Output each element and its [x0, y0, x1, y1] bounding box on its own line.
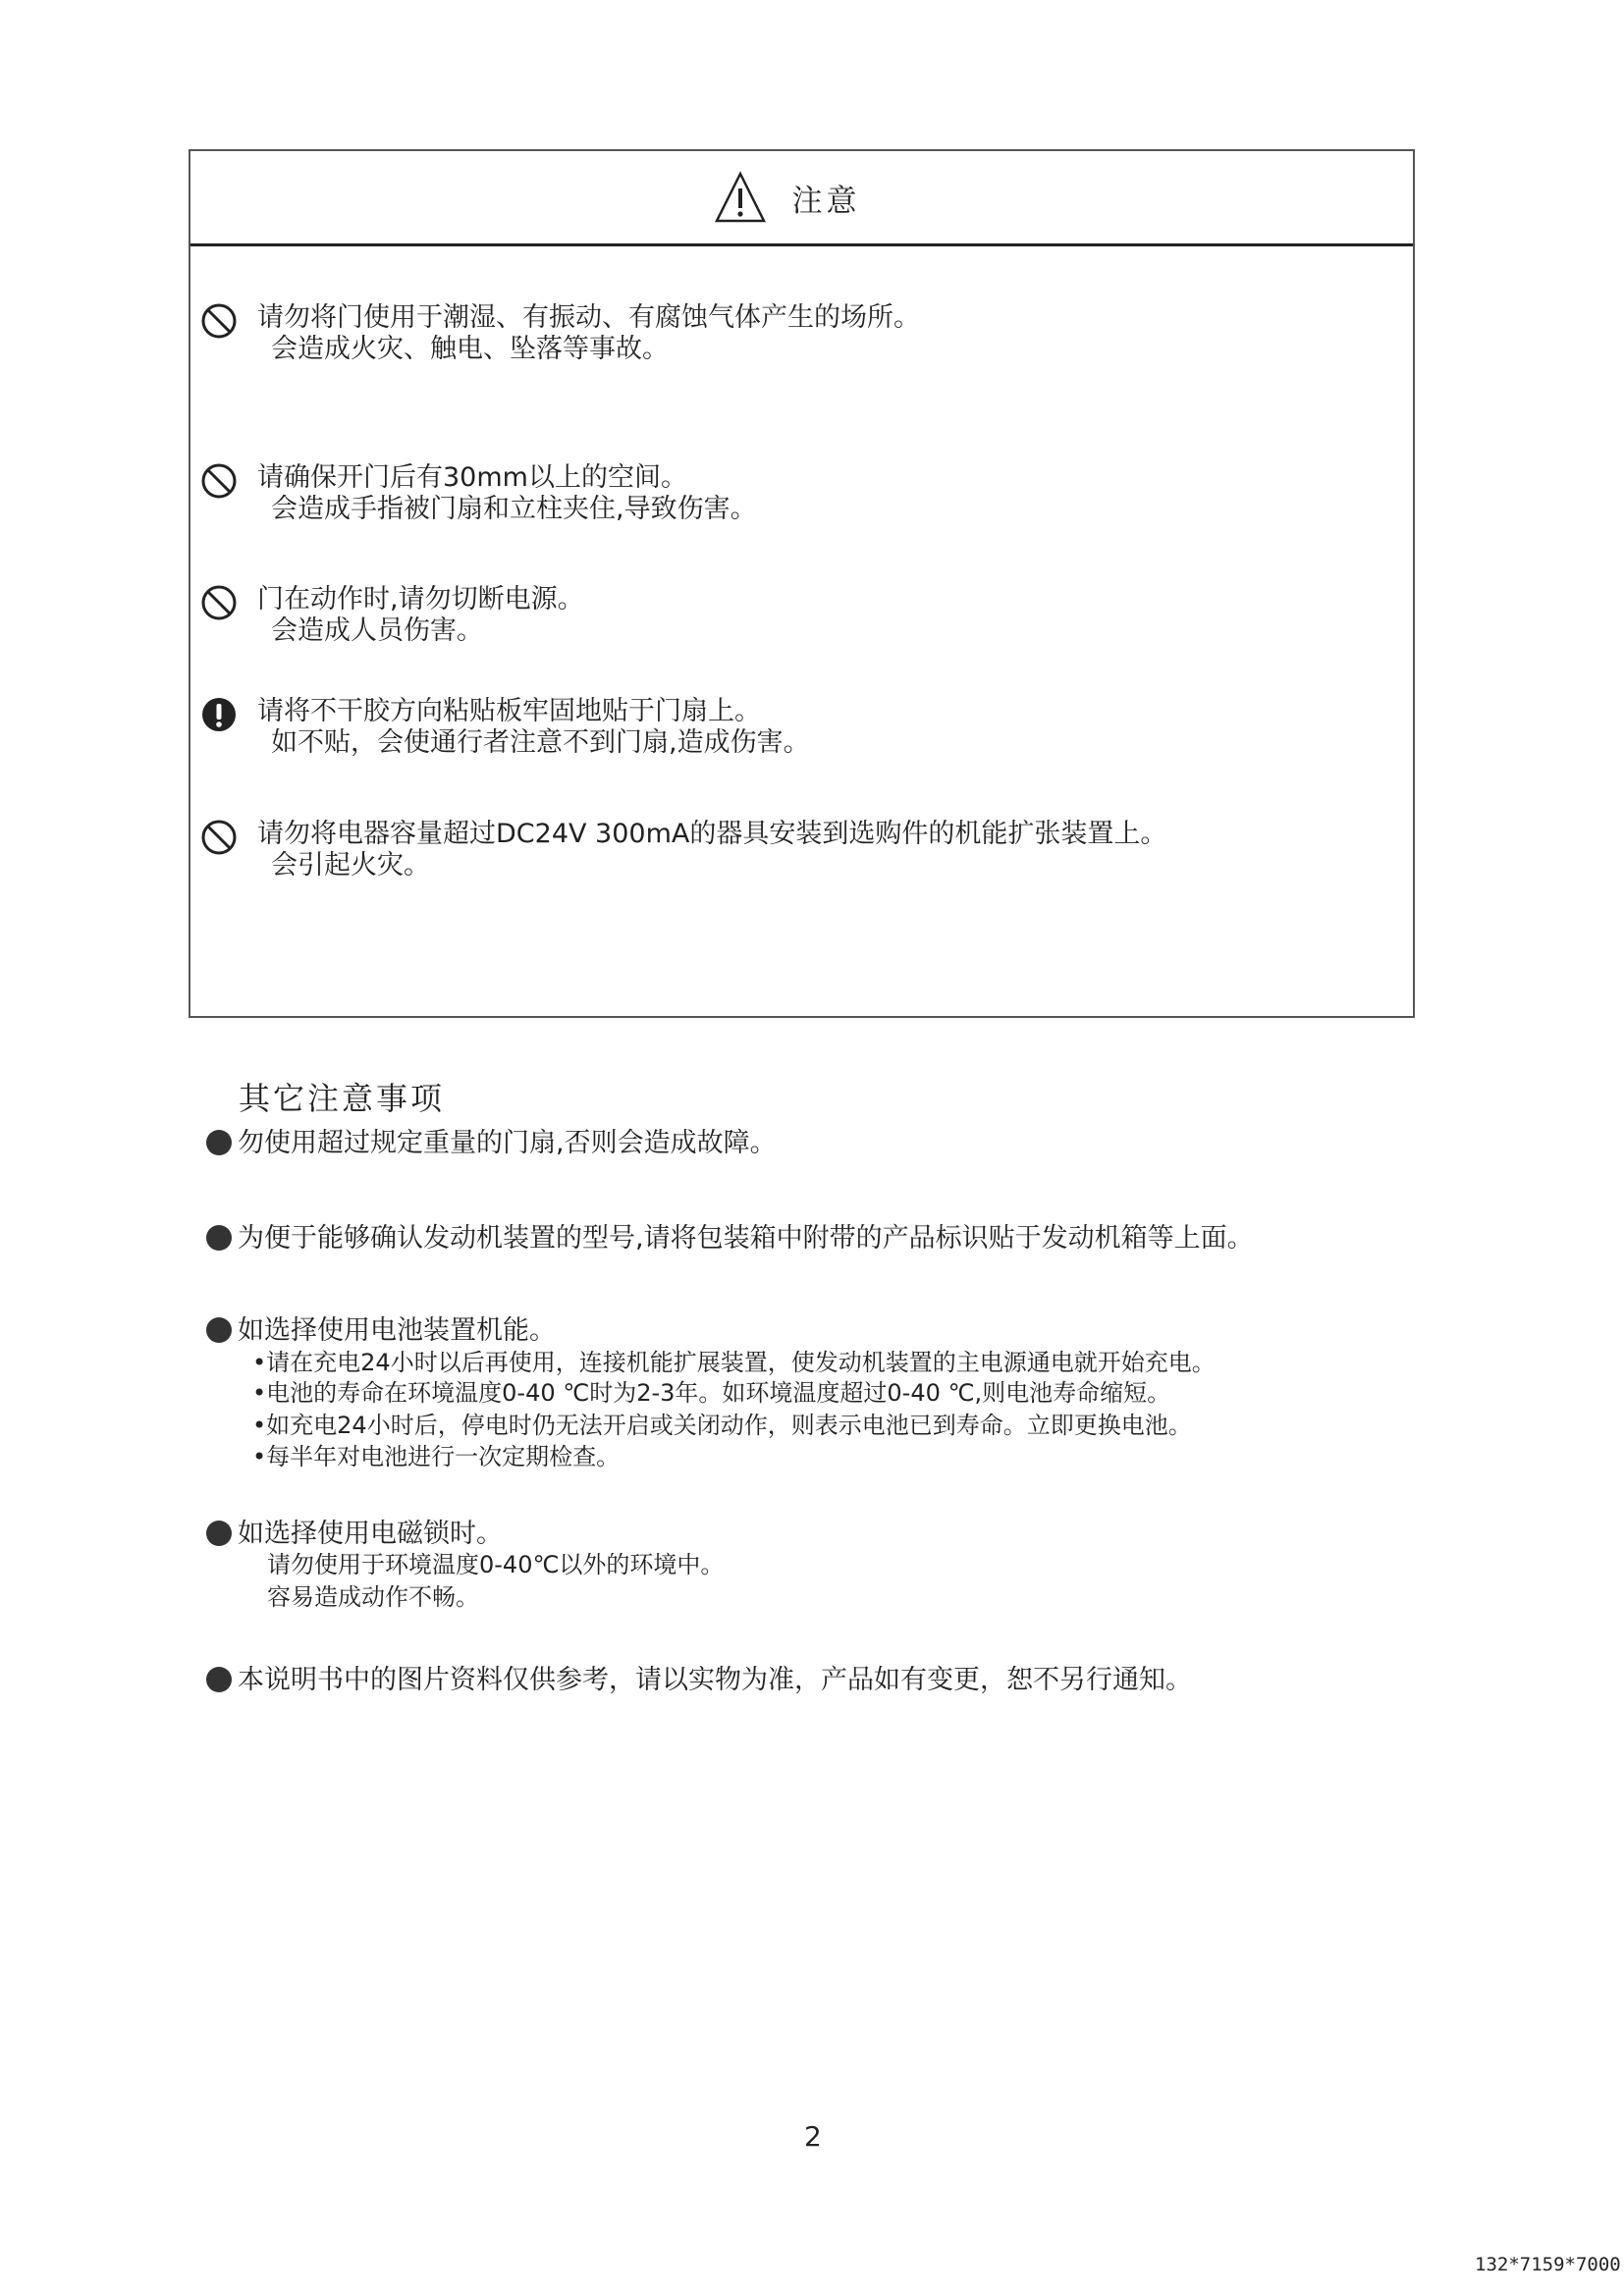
footer-code: 132*7159*7000 [1475, 2254, 1621, 2275]
caution-box: 注意 请勿将门使用于潮湿、有振动、有腐蚀气体产生的场所。 会造成火灾、触电、坠落… [189, 149, 1415, 1018]
note-item: 如选择使用电池装置机能。 [206, 1313, 556, 1349]
note-text: 如选择使用电磁锁时。 [238, 1519, 503, 1549]
caution-consequence: 会引起火灾。 [271, 848, 430, 883]
prohibition-icon [200, 819, 238, 856]
note-sub-item: •电池的寿命在环境温度0-40 ℃时为2-3年。如环境温度超过0-40 ℃,则电… [252, 1377, 1170, 1410]
bullet-icon [206, 1317, 232, 1343]
bullet-icon [206, 1225, 232, 1251]
page-number: 2 [804, 2120, 822, 2153]
note-sub-item: 请勿使用于环境温度0-40℃以外的环境中。 [267, 1549, 724, 1581]
bullet-icon [206, 1667, 232, 1692]
caution-consequence: 如不贴，会使通行者注意不到门扇,造成伤害。 [271, 725, 810, 761]
warning-triangle-icon [714, 171, 767, 224]
other-notes-title: 其它注意事项 [239, 1074, 445, 1119]
note-text: 如选择使用电池装置机能。 [238, 1315, 556, 1346]
note-item: 如选择使用电磁锁时。 [206, 1517, 503, 1552]
note-text: 本说明书中的图片资料仅供参考，请以实物为准，产品如有变更，恕不另行通知。 [238, 1665, 1192, 1695]
note-sub-item: •如充电24小时后，停电时仍无法开启或关闭动作，则表示电池已到寿命。立即更换电池… [252, 1410, 1192, 1442]
caution-consequence: 会造成手指被门扇和立柱夹住,导致伤害。 [271, 492, 757, 527]
caution-text: 请勿将电器容量超过DC24V 300mA的器具安装到选购件的机能扩张装置上。 [257, 817, 1166, 852]
note-item: 勿使用超过规定重量的门扇,否则会造成故障。 [206, 1126, 777, 1161]
mandatory-exclamation-icon [200, 696, 238, 733]
caution-text: 请确保开门后有30mm以上的空间。 [257, 460, 687, 496]
prohibition-icon [200, 302, 238, 340]
note-sub-item: 容易造成动作不畅。 [267, 1581, 479, 1614]
note-sub-item: •请在充电24小时以后再使用，连接机能扩展装置，使发动机装置的主电源通电就开始充… [252, 1347, 1216, 1379]
note-text: 为便于能够确认发动机装置的型号,请将包装箱中附带的产品标识贴于发动机箱等上面。 [238, 1223, 1254, 1254]
caution-text: 请勿将门使用于潮湿、有振动、有腐蚀气体产生的场所。 [257, 300, 920, 336]
prohibition-icon [200, 462, 238, 500]
caution-text: 请将不干胶方向粘贴板牢固地贴于门扇上。 [257, 694, 761, 729]
note-item: 本说明书中的图片资料仅供参考，请以实物为准，产品如有变更，恕不另行通知。 [206, 1663, 1192, 1698]
note-item: 为便于能够确认发动机装置的型号,请将包装箱中附带的产品标识贴于发动机箱等上面。 [206, 1221, 1254, 1256]
prohibition-icon [200, 584, 238, 621]
note-text: 勿使用超过规定重量的门扇,否则会造成故障。 [238, 1128, 777, 1158]
caution-consequence: 会造成人员伤害。 [271, 614, 483, 649]
caution-title: 注意 [792, 176, 861, 220]
bullet-icon [206, 1521, 232, 1546]
caution-consequence: 会造成火灾、触电、坠落等事故。 [271, 332, 669, 367]
bullet-icon [206, 1130, 232, 1155]
caution-header: 注意 [190, 151, 1413, 246]
caution-text: 门在动作时,请勿切断电源。 [257, 582, 584, 617]
note-sub-item: •每半年对电池进行一次定期检查。 [252, 1441, 620, 1473]
